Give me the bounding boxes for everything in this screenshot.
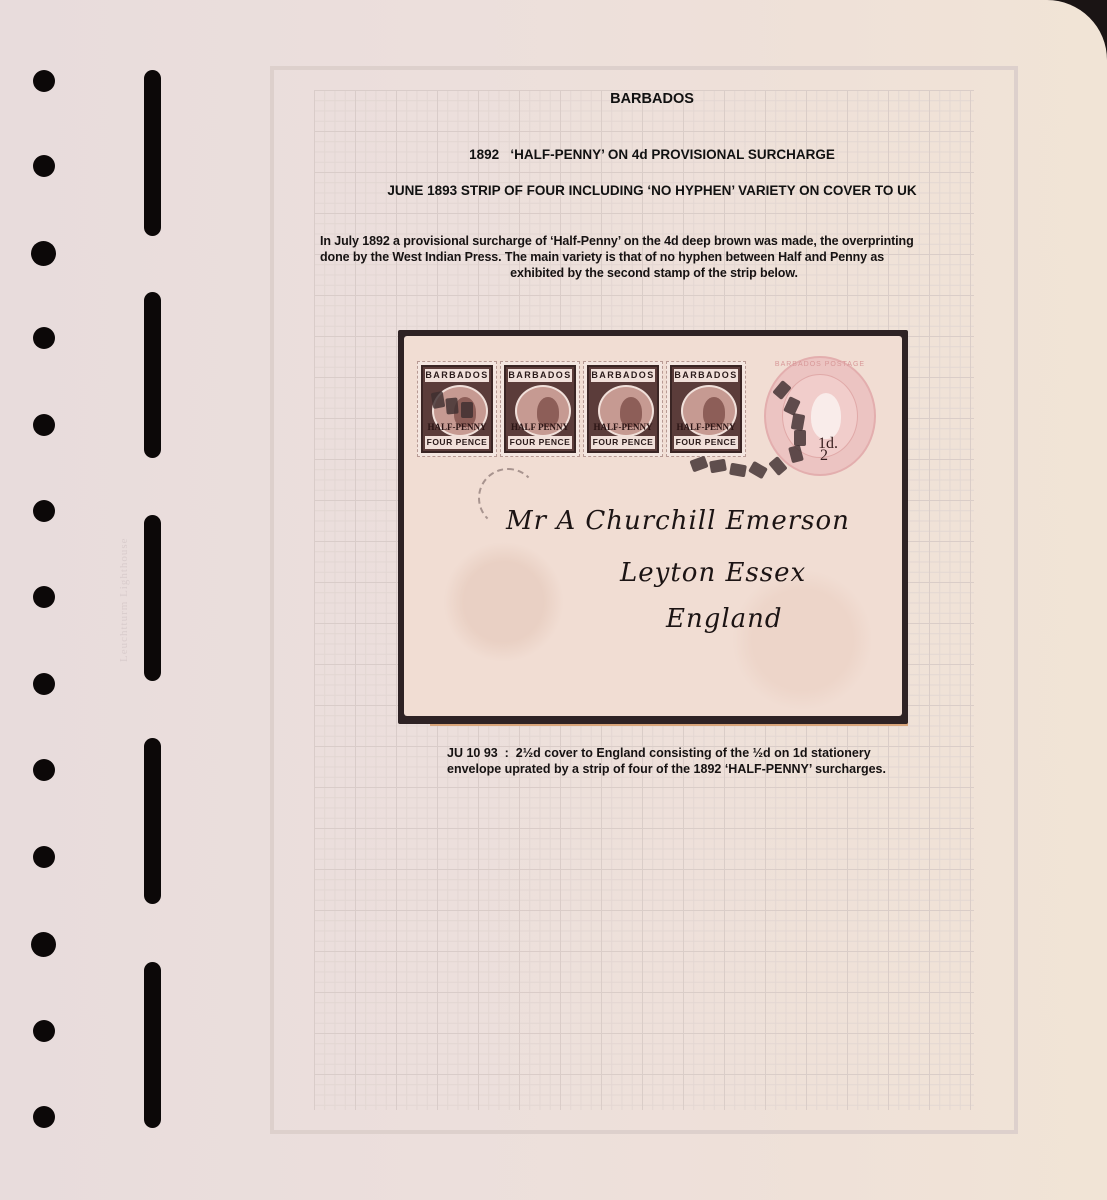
album-page: Leuchtturm Lighthouse BARBADOS 1892 ‘HAL… — [0, 0, 1107, 1200]
address-line-country: England — [666, 604, 783, 634]
binder-hole — [31, 932, 56, 957]
binder-hole — [33, 846, 55, 868]
page-subtitle: 1892 ‘HALF-PENNY’ ON 4d PROVISIONAL SURC… — [270, 147, 1034, 162]
stamp-half-penny-3: BARBADOS HALF-PENNY FOUR PENCE — [583, 361, 663, 457]
publisher-watermark: Leuchtturm Lighthouse — [118, 500, 142, 700]
binder-hole — [33, 586, 55, 608]
page-title: BARBADOS — [270, 91, 1034, 107]
binder-hole — [33, 70, 55, 92]
indicium-surcharge: 1d. 2 — [818, 438, 838, 462]
binder-hole — [33, 759, 55, 781]
stamp-value: FOUR PENCE — [508, 436, 572, 449]
binder-hole — [33, 673, 55, 695]
binder-hole — [33, 155, 55, 177]
description-line: done by the West Indian Press. The main … — [320, 249, 988, 265]
stamp-country: BARBADOS — [425, 369, 489, 382]
description-text: In July 1892 a provisional surcharge of … — [320, 233, 988, 281]
binder-hole — [33, 500, 55, 522]
binder-slot — [144, 292, 161, 458]
binder-slot — [144, 515, 161, 681]
stamp-country: BARBADOS — [674, 369, 738, 382]
stamp-value: FOUR PENCE — [425, 436, 489, 449]
caption-line: envelope uprated by a strip of four of t… — [447, 761, 927, 777]
caption-line: JU 10 93 : 2½d cover to England consisti… — [447, 745, 927, 761]
address-line-town: Leyton Essex — [620, 558, 806, 588]
stamp-surcharge: HALF-PENNY — [425, 422, 489, 433]
description-line: In July 1892 a provisional surcharge of … — [320, 233, 988, 249]
address-line-recipient: Mr A Churchill Emerson — [506, 506, 850, 536]
cover-caption: JU 10 93 : 2½d cover to England consisti… — [447, 745, 927, 777]
binder-hole — [33, 1020, 55, 1042]
stamp-surcharge: HALF PENNY — [508, 422, 572, 433]
description-line: exhibited by the second stamp of the str… — [320, 265, 988, 281]
indicium-legend: BARBADOS POSTAGE — [766, 361, 874, 368]
binder-slot — [144, 70, 161, 236]
page-heading: JUNE 1893 STRIP OF FOUR INCLUDING ‘NO HY… — [270, 183, 1034, 198]
stamp-value: FOUR PENCE — [591, 436, 655, 449]
binder-slot — [144, 738, 161, 904]
binder-hole — [31, 241, 56, 266]
binder-hole — [33, 414, 55, 436]
stamp-country: BARBADOS — [508, 369, 572, 382]
stamp-surcharge: HALF-PENNY — [674, 422, 738, 433]
stamp-value: FOUR PENCE — [674, 436, 738, 449]
stamp-surcharge: HALF-PENNY — [591, 422, 655, 433]
stamp-half-penny-no-hyphen: BARBADOS HALF PENNY FOUR PENCE — [500, 361, 580, 457]
binder-slot — [144, 962, 161, 1128]
stamp-country: BARBADOS — [591, 369, 655, 382]
embossed-indicium: BARBADOS POSTAGE 1d. 2 — [764, 356, 876, 476]
binder-hole — [33, 327, 55, 349]
queen-profile-icon — [811, 393, 841, 439]
binder-hole — [33, 1106, 55, 1128]
stamp-half-penny-4: BARBADOS HALF-PENNY FOUR PENCE — [666, 361, 746, 457]
